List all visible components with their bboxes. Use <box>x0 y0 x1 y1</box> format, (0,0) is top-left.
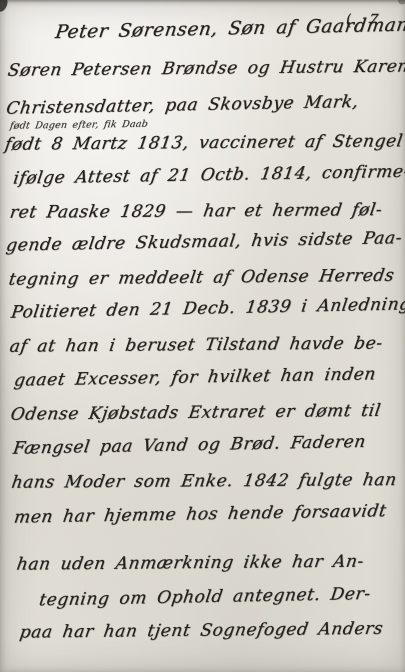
manuscript-line: hans Moder som Enke. 1842 fulgte han <box>10 470 398 493</box>
manuscript-line: Peter Sørensen, Søn af Gaardmand <box>54 14 405 43</box>
manuscript-line: han uden Anmærkning ikke har An- <box>15 552 365 575</box>
manuscript-line: af at han i beruset Tilstand havde be- <box>8 333 384 356</box>
manuscript-line: født 8 Martz 1813, vaccineret af Stengel <box>3 131 404 155</box>
manuscript-line: tegning om Ophold antegnet. Der- <box>38 584 372 610</box>
manuscript-line: Christensdatter, paa Skovsbye Mark, <box>5 92 360 119</box>
scanned-manuscript-page: ( 7 født Dagen efter, fik Daab Peter Sør… <box>0 0 405 672</box>
manuscript-line: Politieret den 21 Decb. 1839 i Anledning <box>10 294 405 322</box>
manuscript-line: paa har han tjent Sognefoged Anders <box>18 619 384 643</box>
manuscript-line: men har hjemme hos hende forsaavidt <box>13 501 388 528</box>
manuscript-line: Odense Kjøbstads Extraret er dømt til <box>9 401 382 425</box>
handwritten-text-block: født Dagen efter, fik Daab Peter Sørense… <box>0 0 405 672</box>
manuscript-line: Fængsel paa Vand og Brød. Faderen <box>12 432 367 459</box>
manuscript-line: Søren Petersen Brøndse og Hustru Karen <box>6 56 405 80</box>
manuscript-line: ret Paaske 1829 — har et hermed føl- <box>8 200 383 223</box>
manuscript-line: tegning er meddeelt af Odense Herreds <box>7 266 395 290</box>
manuscript-line: gaaet Excesser, for hvilket han inden <box>13 364 378 390</box>
manuscript-line: gende ældre Skudsmaal, hvis sidste Paa- <box>5 228 404 256</box>
manuscript-line: ifølge Attest af 21 Octb. 1814, confirme… <box>12 162 405 189</box>
interlinear-annotation: født Dagen efter, fik Daab <box>9 119 149 132</box>
